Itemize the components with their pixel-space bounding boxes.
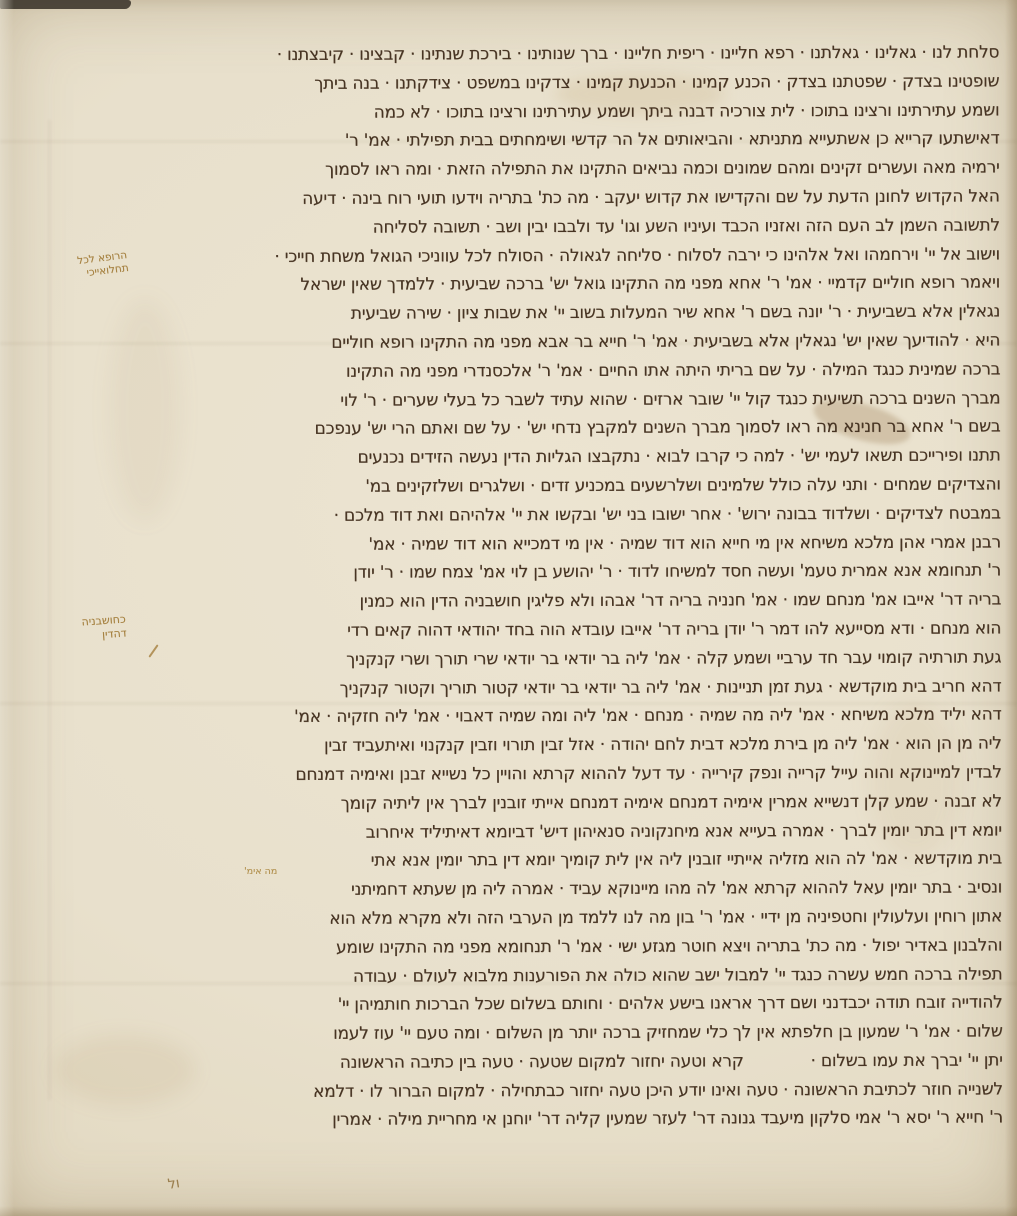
manuscript-line: יומא דין בתר יומין לברך · אמרה בעייא אנא…	[106, 816, 1002, 848]
manuscript-line: ר' חייא ר' יסא ר' אמי סלקון מיעבד גנונה …	[107, 1104, 1003, 1136]
manuscript-line: בשם ר' אחא בר חנינא מה ראו לסמוך מברך הש…	[104, 413, 1000, 445]
crease-line	[48, 120, 51, 1100]
binding-edge-sliver	[0, 0, 131, 9]
manuscript-line: הוא מנחם · ודא מסייעא להו דמר ר' יודן בר…	[105, 614, 1001, 646]
manuscript-line: געת תורתיה קומוי עבר חד ערביי ושמע קלה ·…	[105, 643, 1001, 675]
manuscript-line: ר' תנחומא אנא אמרית טעמ' ועשה חסד למשיחו…	[105, 557, 1001, 589]
manuscript-line: תתנו ופירייכם תשאו לעמי יש' · למה כי קרב…	[105, 442, 1001, 474]
manuscript-line: ליה מן הן הוא · אמ' ליה מן בירת מלכא דבי…	[106, 730, 1002, 762]
manuscript-line: ברכה שמינית כנגד המילה · על שם בריתי הית…	[104, 355, 1000, 387]
manuscript-line: נגאלין אלא בשביעית · ר' יונה בשם ר' אחא …	[104, 298, 1000, 330]
manuscript-line: ויאמר רופא חוליים קדמיי · אמ' ר' אחא מפנ…	[104, 269, 1000, 301]
manuscript-line: דאישתעו קרייא כן אשתעייא מתניתא · והביאו…	[103, 125, 999, 157]
manuscript-line: ירמיה מאה ועשרים זקינים ומהם שמונים וכמה…	[103, 154, 999, 186]
manuscript-line: ונסיב · בתר יומין עאל לההוא קרתא אמ' לה …	[106, 874, 1002, 906]
manuscript-line: יתן יי' יברך את עמו בשלום · קרא וטעה יחז…	[107, 1046, 1003, 1078]
manuscript-line: תפילה ברכה חמש עשרה כנגד יי' למבול ישב ש…	[106, 960, 1002, 992]
manuscript-text-block: סלחת לנו · גאלינו · גאלתנו · רפא חליינו …	[103, 38, 1003, 1135]
manuscript-line: שלום · אמ' ר' שמעון בן חלפתא אין לך כלי …	[107, 1018, 1003, 1050]
manuscript-page: סלחת לנו · גאלינו · גאלתנו · רפא חליינו …	[0, 0, 1017, 1216]
manuscript-line: ושמע עתירתינו ורצינו בתוכו · לית צורכיה …	[103, 96, 999, 128]
manuscript-line: בית מוקדשא · אמ' לה הוא מזליה אייתיי זוב…	[106, 845, 1002, 877]
page-left-edge	[0, 0, 14, 1216]
manuscript-line: דהא חריב בית מוקדשא · געת זמן תניינות · …	[105, 672, 1001, 704]
manuscript-line: שופטינו בצדק · שפטתנו בצדק · הכנע קמינו …	[103, 67, 999, 99]
interlinear-gloss: מה אימ'	[244, 866, 277, 878]
manuscript-line: סלחת לנו · גאלינו · גאלתנו · רפא חליינו …	[103, 38, 999, 70]
manuscript-line: בריה דר' אייבו אמ' מנחם שמו · אמ' חנניה …	[105, 586, 1001, 618]
manuscript-line: אתון רוחין ועלעולין וחטפיניה מן ידיי · א…	[106, 902, 1002, 934]
quire-mark: ול	[167, 1175, 181, 1194]
manuscript-line: והלבנון באדיר יפול · מה כת' בתריה ויצא ח…	[106, 931, 1002, 963]
manuscript-line: לשנייה חוזר לכתיבת הראשונה · טעה ואינו י…	[107, 1075, 1003, 1107]
manuscript-line: לא זבנה · שמע קלן דנשייא אמרין אימיה דמנ…	[106, 787, 1002, 819]
manuscript-line: היא · להודיעך שאין יש' נגאלין אלא בשביעי…	[104, 326, 1000, 358]
manuscript-line: לתשובה השמן לב העם הזה ואזניו הכבד ועיני…	[104, 211, 1000, 243]
manuscript-line: להודייה זובח תודה יכבדנני ושם דרך אראנו …	[106, 989, 1002, 1021]
manuscript-line: מברך השנים ברכה תשיעית כנגד קול יי' שובר…	[104, 384, 1000, 416]
manuscript-line: לבדין למיינוקא והוה עייל קרייה ונפק קירי…	[106, 758, 1002, 790]
manuscript-line: האל הקדוש לחונן הדעת על שם והקדישו את קד…	[104, 182, 1000, 214]
manuscript-line: רבנן אמרי אהן מלכא משיחא אין מי חייא הוא…	[105, 528, 1001, 560]
manuscript-line: דהא יליד מלכא משיחא · אמ' ליה מה שמיה · …	[105, 701, 1001, 733]
page-bottom-edge	[0, 1206, 1017, 1216]
manuscript-line: במבטח לצדיקים · ושלדוד בבונה ירוש' · אחר…	[105, 499, 1001, 531]
manuscript-line: והצדיקים שמחים · ותני עלה כולל שלמינים ו…	[105, 470, 1001, 502]
manuscript-line: וישוב אל יי' וירחמהו ואל אלהינו כי ירבה …	[104, 240, 1000, 272]
page-right-edge	[1005, 0, 1017, 1216]
margin-gloss-gematria: כחושבניה דהדין	[81, 612, 127, 643]
